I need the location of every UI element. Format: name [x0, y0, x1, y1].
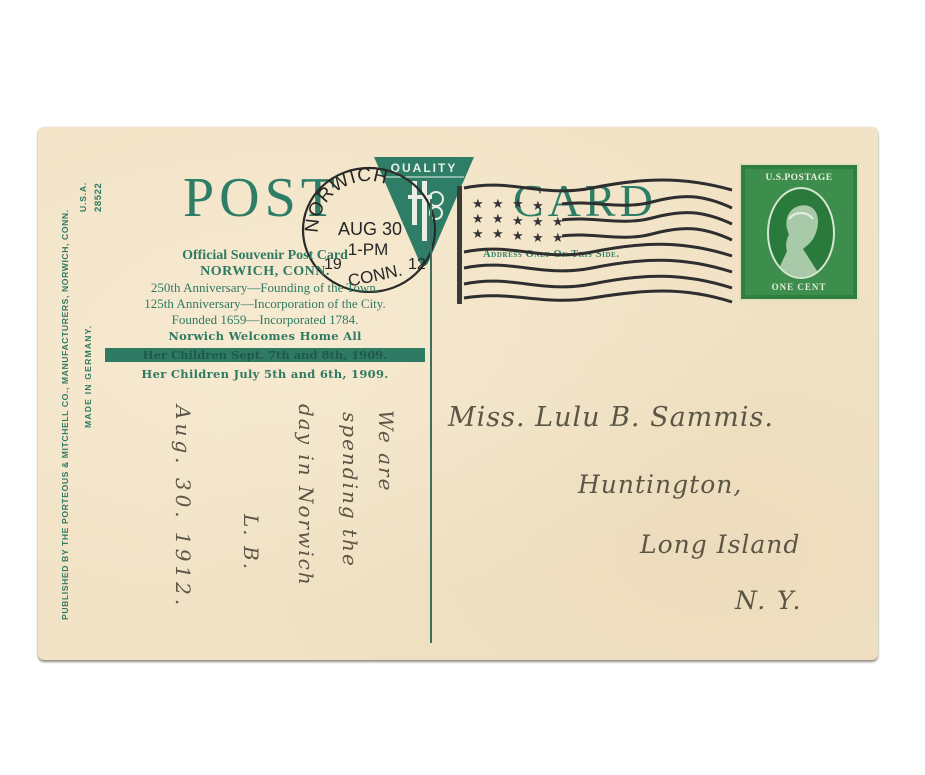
svg-text:★: ★	[512, 214, 524, 229]
souvenir-welcome: Norwich Welcomes Home All	[100, 328, 430, 345]
svg-text:★: ★	[492, 227, 504, 242]
stamp-bottom-text: ONE CENT	[745, 282, 853, 292]
souvenir-line-3: Founded 1659—Incorporated 1784.	[100, 312, 430, 328]
message-signature: L. B.	[239, 514, 263, 571]
svg-text:★: ★	[492, 212, 504, 227]
svg-text:★: ★	[512, 197, 524, 212]
country-label: U.S.A.	[78, 182, 88, 212]
souvenir-text: Official Souvenir Post Card NORWICH, CON…	[100, 248, 430, 383]
svg-text:★: ★	[472, 212, 484, 227]
souvenir-place: NORWICH, CONN.	[100, 264, 430, 280]
publisher-line: PUBLISHED BY THE PORTEOUS & MITCHELL CO.…	[60, 209, 70, 620]
address-name: Miss. Lulu B. Sammis.	[448, 402, 774, 433]
souvenir-line-1: 250th Anniversary—Founding of the Town.	[100, 280, 430, 296]
svg-text:★: ★	[472, 197, 484, 212]
souvenir-line-2: 125th Anniversary—Incorporation of the C…	[100, 296, 430, 312]
message-line-1: We are	[374, 410, 398, 492]
svg-text:★: ★	[552, 215, 564, 230]
svg-text:★: ★	[532, 231, 544, 246]
flag-cancellation: ★★★★ ★★★★★ ★★★★★	[452, 168, 742, 313]
address-region: Long Island	[640, 530, 800, 559]
postage-stamp: U.S.POSTAGE ONE CENT	[739, 163, 859, 301]
souvenir-heading: Official Souvenir Post Card	[100, 248, 430, 264]
svg-text:★: ★	[472, 227, 484, 242]
souvenir-corrected-line: Her Children July 5th and 6th, 1909.	[100, 366, 430, 383]
stamp-top-text: U.S.POSTAGE	[745, 173, 853, 183]
serial-number: 28522	[93, 183, 104, 212]
center-divider	[430, 200, 432, 643]
made-in-line: MADE IN GERMANY.	[83, 325, 93, 428]
message-line-2: spending the	[338, 412, 362, 568]
flag-cancel-icon: ★★★★ ★★★★★ ★★★★★	[452, 168, 742, 308]
svg-text:★: ★	[552, 231, 564, 246]
address-state: N. Y.	[735, 586, 802, 615]
postmark-date: AUG 30	[338, 219, 402, 239]
address-town: Huntington,	[578, 470, 742, 499]
svg-text:★: ★	[492, 197, 504, 212]
svg-text:★: ★	[512, 229, 524, 244]
message-date: Aug. 30. 1912.	[171, 405, 195, 609]
franklin-portrait-icon	[767, 187, 835, 279]
message-line-3: day in Norwich	[294, 404, 318, 587]
souvenir-struck-line: Her Children Sept. 7th and 8th, 1909.	[105, 348, 425, 362]
svg-text:★: ★	[532, 199, 544, 214]
svg-text:★: ★	[532, 215, 544, 230]
